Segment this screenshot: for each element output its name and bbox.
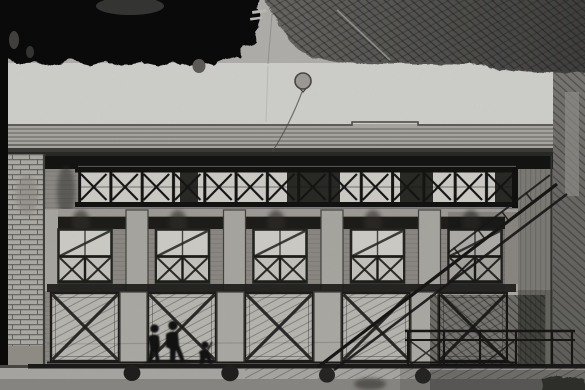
elevation-sketch [0,0,585,390]
grain-overlay [0,0,585,390]
artwork-canvas [0,0,585,390]
